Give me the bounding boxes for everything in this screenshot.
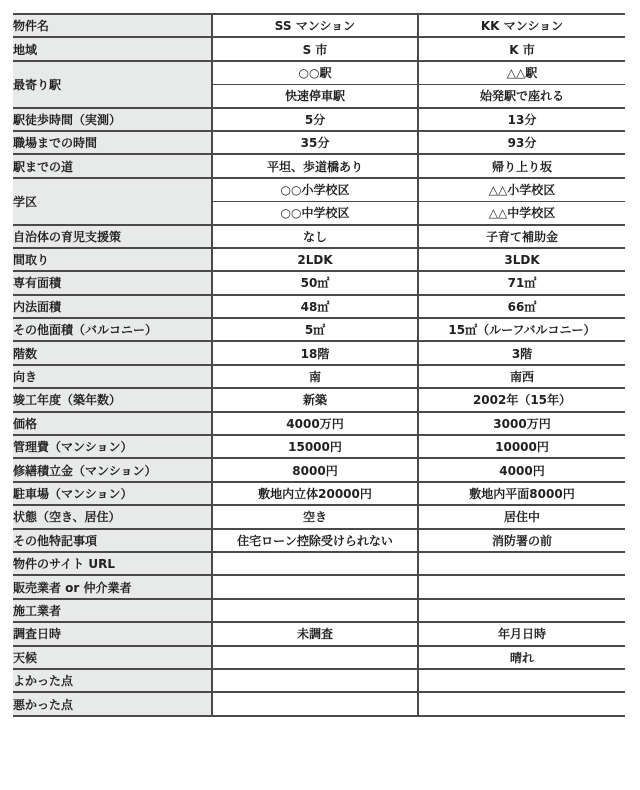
table-row-walk-time: 駅徒歩時間（実測） 5分 13分 (13, 108, 625, 131)
cell-kk-mansion: 13分 (418, 108, 625, 131)
cell-kk-mansion (418, 599, 625, 622)
cell-kk-mansion: 年月日時 (418, 622, 625, 645)
table-row-commute-time: 職場までの時間 35分 93分 (13, 131, 625, 154)
table-row-childcare-support: 自治体の育児支援策 なし 子育て補助金 (13, 225, 625, 248)
cell-ss-mansion: 48㎡ (212, 295, 418, 318)
cell-ss-mansion: 4000万円 (212, 412, 418, 435)
row-label: 向き (13, 365, 212, 388)
table-row-exclusive-area: 専有面積 50㎡ 71㎡ (13, 271, 625, 294)
property-comparison-table: 物件名 SS マンション KK マンション 地域 S 市 K 市 最寄り駅 ○○… (13, 13, 625, 717)
row-label: 悪かった点 (13, 692, 212, 715)
cell-ss-mansion (212, 552, 418, 575)
cell-ss-mansion: 35分 (212, 131, 418, 154)
row-label: よかった点 (13, 669, 212, 692)
row-label: 物件名 (13, 14, 212, 37)
row-label: その他特記事項 (13, 529, 212, 552)
cell-kk-mansion: 敷地内平面8000円 (418, 482, 625, 505)
cell-kk-mansion: 帰り上り坂 (418, 154, 625, 177)
cell-kk-mansion: 居住中 (418, 505, 625, 528)
cell-ss-mansion: 18階 (212, 341, 418, 364)
cell-kk-mansion (418, 575, 625, 598)
row-label: 内法面積 (13, 295, 212, 318)
cell-kk-mansion: 3階 (418, 341, 625, 364)
cell-ss-mansion (212, 669, 418, 692)
cell-ss-mansion: SS マンション (212, 14, 418, 37)
row-label: 調査日時 (13, 622, 212, 645)
table-row-parking: 駐車場（マンション） 敷地内立体20000円 敷地内平面8000円 (13, 482, 625, 505)
cell-kk-mansion: 始発駅で座れる (418, 84, 625, 107)
table-row-property-name: 物件名 SS マンション KK マンション (13, 14, 625, 37)
cell-kk-mansion: 晴れ (418, 646, 625, 669)
cell-kk-mansion (418, 692, 625, 715)
cell-kk-mansion: 10000円 (418, 435, 625, 458)
row-label: 駅までの道 (13, 154, 212, 177)
cell-ss-mansion: 空き (212, 505, 418, 528)
cell-kk-mansion: 3LDK (418, 248, 625, 271)
cell-ss-mansion: 平坦、歩道橋あり (212, 154, 418, 177)
cell-ss-mansion: 5㎡ (212, 318, 418, 341)
row-label: 地域 (13, 37, 212, 60)
cell-ss-mansion: 敷地内立体20000円 (212, 482, 418, 505)
cell-ss-mansion: 住宅ローン控除受けられない (212, 529, 418, 552)
row-label: 竣工年度（築年数） (13, 388, 212, 411)
table-row-school-district: 学区 ○○小学校区 △△小学校区 (13, 178, 625, 201)
cell-ss-mansion: 快速停車駅 (212, 84, 418, 107)
table-row-weather: 天候 晴れ (13, 646, 625, 669)
cell-kk-mansion (418, 552, 625, 575)
cell-ss-mansion: S 市 (212, 37, 418, 60)
cell-ss-mansion: ○○中学校区 (212, 201, 418, 224)
row-label: 状態（空き、居住） (13, 505, 212, 528)
cell-ss-mansion: ○○小学校区 (212, 178, 418, 201)
table-row-special-notes: その他特記事項 住宅ローン控除受けられない 消防署の前 (13, 529, 625, 552)
table-row-nearest-station: 最寄り駅 ○○駅 △△駅 (13, 61, 625, 84)
cell-kk-mansion: 南西 (418, 365, 625, 388)
table-row-area: 地域 S 市 K 市 (13, 37, 625, 60)
row-label: 職場までの時間 (13, 131, 212, 154)
cell-kk-mansion: 66㎡ (418, 295, 625, 318)
table-row-interior-area: 内法面積 48㎡ 66㎡ (13, 295, 625, 318)
table-row-occupancy-status: 状態（空き、居住） 空き 居住中 (13, 505, 625, 528)
cell-ss-mansion: 5分 (212, 108, 418, 131)
row-label: 学区 (13, 178, 212, 225)
cell-ss-mansion: 未調査 (212, 622, 418, 645)
cell-ss-mansion: 新築 (212, 388, 418, 411)
cell-ss-mansion: 2LDK (212, 248, 418, 271)
page: 物件名 SS マンション KK マンション 地域 S 市 K 市 最寄り駅 ○○… (0, 0, 640, 790)
cell-kk-mansion: K 市 (418, 37, 625, 60)
cell-kk-mansion: 4000円 (418, 458, 625, 481)
row-label: その他面積（バルコニー） (13, 318, 212, 341)
row-label: 管理費（マンション） (13, 435, 212, 458)
cell-kk-mansion (418, 669, 625, 692)
cell-ss-mansion: なし (212, 225, 418, 248)
table-row-other-area: その他面積（バルコニー） 5㎡ 15㎡（ルーフバルコニー） (13, 318, 625, 341)
cell-ss-mansion: 15000円 (212, 435, 418, 458)
row-label: 施工業者 (13, 599, 212, 622)
row-label: 専有面積 (13, 271, 212, 294)
cell-ss-mansion (212, 692, 418, 715)
table-row-seller-broker: 販売業者 or 仲介業者 (13, 575, 625, 598)
row-label: 間取り (13, 248, 212, 271)
table-row-floor-plan: 間取り 2LDK 3LDK (13, 248, 625, 271)
cell-ss-mansion: ○○駅 (212, 61, 418, 84)
cell-kk-mansion: 71㎡ (418, 271, 625, 294)
cell-kk-mansion: 子育て補助金 (418, 225, 625, 248)
cell-kk-mansion: KK マンション (418, 14, 625, 37)
row-label: 駐車場（マンション） (13, 482, 212, 505)
row-label: 修繕積立金（マンション） (13, 458, 212, 481)
row-label: 駅徒歩時間（実測） (13, 108, 212, 131)
cell-kk-mansion: 消防署の前 (418, 529, 625, 552)
row-label: 最寄り駅 (13, 61, 212, 108)
cell-ss-mansion (212, 646, 418, 669)
cell-kk-mansion: △△中学校区 (418, 201, 625, 224)
row-label: 階数 (13, 341, 212, 364)
table-row-repair-reserve: 修繕積立金（マンション） 8000円 4000円 (13, 458, 625, 481)
table-row-road-to-station: 駅までの道 平坦、歩道橋あり 帰り上り坂 (13, 154, 625, 177)
cell-ss-mansion: 50㎡ (212, 271, 418, 294)
cell-kk-mansion: 2002年（15年） (418, 388, 625, 411)
cell-kk-mansion: △△小学校区 (418, 178, 625, 201)
cell-ss-mansion (212, 575, 418, 598)
table-row-good-points: よかった点 (13, 669, 625, 692)
table-row-site-url: 物件のサイト URL (13, 552, 625, 575)
cell-ss-mansion: 南 (212, 365, 418, 388)
row-label: 天候 (13, 646, 212, 669)
row-label: 販売業者 or 仲介業者 (13, 575, 212, 598)
cell-kk-mansion: 3000万円 (418, 412, 625, 435)
table-row-built-year: 竣工年度（築年数） 新築 2002年（15年） (13, 388, 625, 411)
cell-kk-mansion: 15㎡（ルーフバルコニー） (418, 318, 625, 341)
cell-ss-mansion: 8000円 (212, 458, 418, 481)
table-row-floor-number: 階数 18階 3階 (13, 341, 625, 364)
table-row-bad-points: 悪かった点 (13, 692, 625, 715)
table-row-builder: 施工業者 (13, 599, 625, 622)
cell-kk-mansion: △△駅 (418, 61, 625, 84)
row-label: 価格 (13, 412, 212, 435)
row-label: 自治体の育児支援策 (13, 225, 212, 248)
row-label: 物件のサイト URL (13, 552, 212, 575)
table-row-price: 価格 4000万円 3000万円 (13, 412, 625, 435)
table-row-management-fee: 管理費（マンション） 15000円 10000円 (13, 435, 625, 458)
table-row-survey-datetime: 調査日時 未調査 年月日時 (13, 622, 625, 645)
table-row-facing: 向き 南 南西 (13, 365, 625, 388)
cell-ss-mansion (212, 599, 418, 622)
cell-kk-mansion: 93分 (418, 131, 625, 154)
